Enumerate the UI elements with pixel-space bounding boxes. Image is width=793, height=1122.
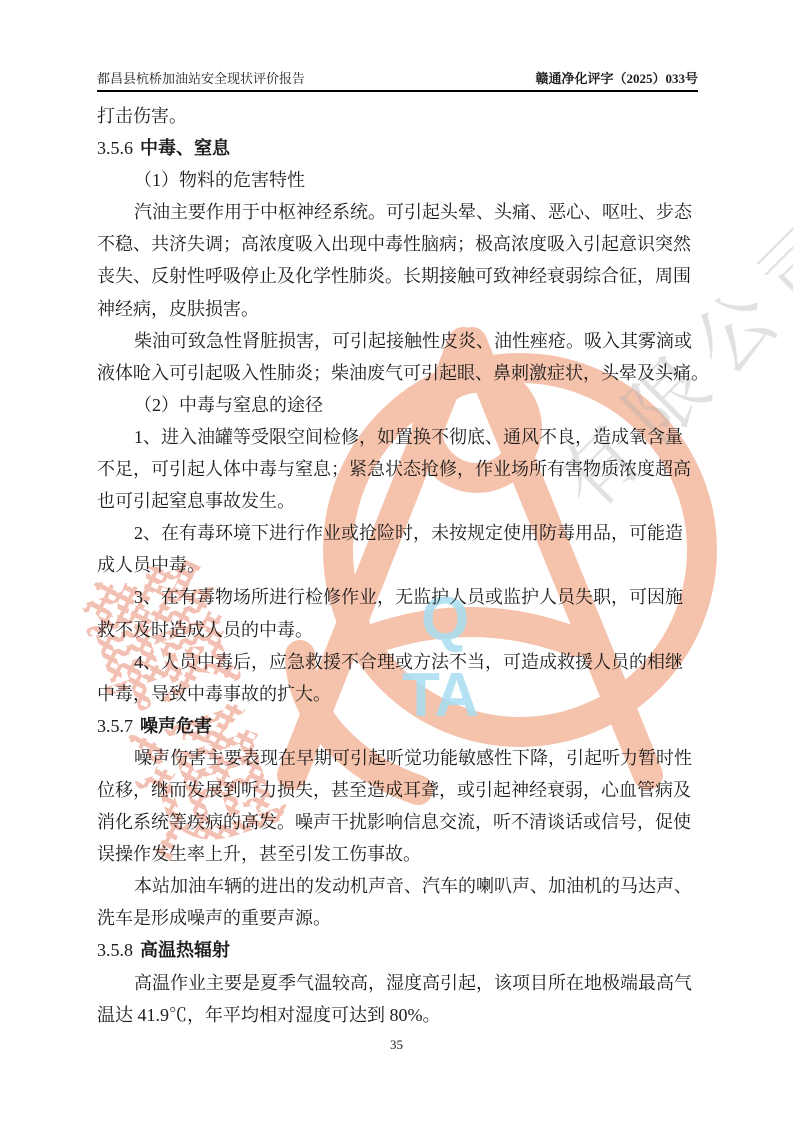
text-line: 不足，可引起人体中毒与窒息；紧急状态抢修，作业场所有害物质浓度超高 — [97, 453, 698, 485]
text-line: 1、进入油罐等受限空间检修，如置换不彻底、通风不良，造成氧含量 — [97, 421, 698, 453]
page-header: 都昌县杭桥加油站安全现状评价报告 赣通净化评字（2025）033号 — [97, 58, 698, 92]
heading-number: 3.5.8 — [97, 940, 133, 960]
text-line: 本站加油车辆的进出的发动机声音、汽车的喇叭声、加油机的马达声、 — [97, 870, 698, 902]
header-report-title: 都昌县杭桥加油站安全现状评价报告 — [97, 71, 305, 86]
text-line: （2）中毒与窒息的途径 — [97, 389, 698, 421]
heading-number: 3.5.6 — [97, 138, 133, 158]
text-line: 成人员中毒。 — [97, 549, 698, 581]
text-line: （1）物料的危害特性 — [97, 164, 698, 196]
section-heading: 3.5.6中毒、窒息 — [97, 132, 698, 164]
text-line: 柴油可致急性肾脏损害，可引起接触性皮炎、油性痤疮。吸入其雾滴或 — [97, 325, 698, 357]
text-line: 误操作发生率上升，甚至引发工伤事故。 — [97, 838, 698, 870]
text-line: 消化系统等疾病的高发。噪声干扰影响信息交流，听不清谈话或信号，促使 — [97, 806, 698, 838]
text-line: 丧失、反射性呼吸停止及化学性肺炎。长期接触可致神经衰弱综合征，周围 — [97, 260, 698, 292]
text-line: 4、人员中毒后，应急救援不合理或方法不当，可造成救援人员的相继 — [97, 646, 698, 678]
section-heading: 3.5.7噪声危害 — [97, 710, 698, 742]
heading-title: 中毒、窒息 — [140, 138, 230, 158]
text-line: 打击伤害。 — [97, 100, 698, 132]
page-number: 35 — [390, 1037, 403, 1052]
page-footer: 35 — [0, 1037, 793, 1053]
section-heading: 3.5.8高温热辐射 — [97, 934, 698, 966]
text-line: 不稳、共济失调；高浓度吸入出现中毒性脑病；极高浓度吸入引起意识突然 — [97, 228, 698, 260]
text-line: 位移，继而发展到听力损失，甚至造成耳聋，或引起神经衰弱，心血管病及 — [97, 774, 698, 806]
text-line: 温达 41.9℃，年平均相对湿度可达到 80%。 — [97, 999, 698, 1031]
heading-number: 3.5.7 — [97, 716, 133, 736]
heading-title: 高温热辐射 — [140, 940, 230, 960]
document-page: 都昌县杭桥加油站安全现状评价报告 赣通净化评字（2025）033号 Q TA 有… — [0, 0, 793, 1122]
text-line: 汽油主要作用于中枢神经系统。可引起头晕、头痛、恶心、呕吐、步态 — [97, 196, 698, 228]
text-line: 神经病，皮肤损害。 — [97, 293, 698, 325]
text-line: 也可引起窒息事故发生。 — [97, 485, 698, 517]
text-line: 救不及时造成人员的中毒。 — [97, 614, 698, 646]
header-doc-number: 赣通净化评字（2025）033号 — [535, 71, 698, 86]
text-line: 洗车是形成噪声的重要声源。 — [97, 902, 698, 934]
text-line: 3、在有毒物场所进行检修作业，无监护人员或监护人员失职，可因施 — [97, 581, 698, 613]
text-line: 中毒，导致中毒事故的扩大。 — [97, 678, 698, 710]
text-line: 2、在有毒环境下进行作业或抢险时，未按规定使用防毒用品，可能造 — [97, 517, 698, 549]
text-line: 噪声伤害主要表现在早期可引起听觉功能敏感性下降，引起听力暂时性 — [97, 742, 698, 774]
heading-title: 噪声危害 — [140, 716, 212, 736]
text-line: 高温作业主要是夏季气温较高，湿度高引起，该项目所在地极端最高气 — [97, 967, 698, 999]
document-body: 打击伤害。3.5.6中毒、窒息（1）物料的危害特性汽油主要作用于中枢神经系统。可… — [97, 100, 698, 1031]
text-line: 液体呛入可引起吸入性肺炎；柴油废气可引起眼、鼻刺激症状，头晕及头痛。 — [97, 357, 698, 389]
